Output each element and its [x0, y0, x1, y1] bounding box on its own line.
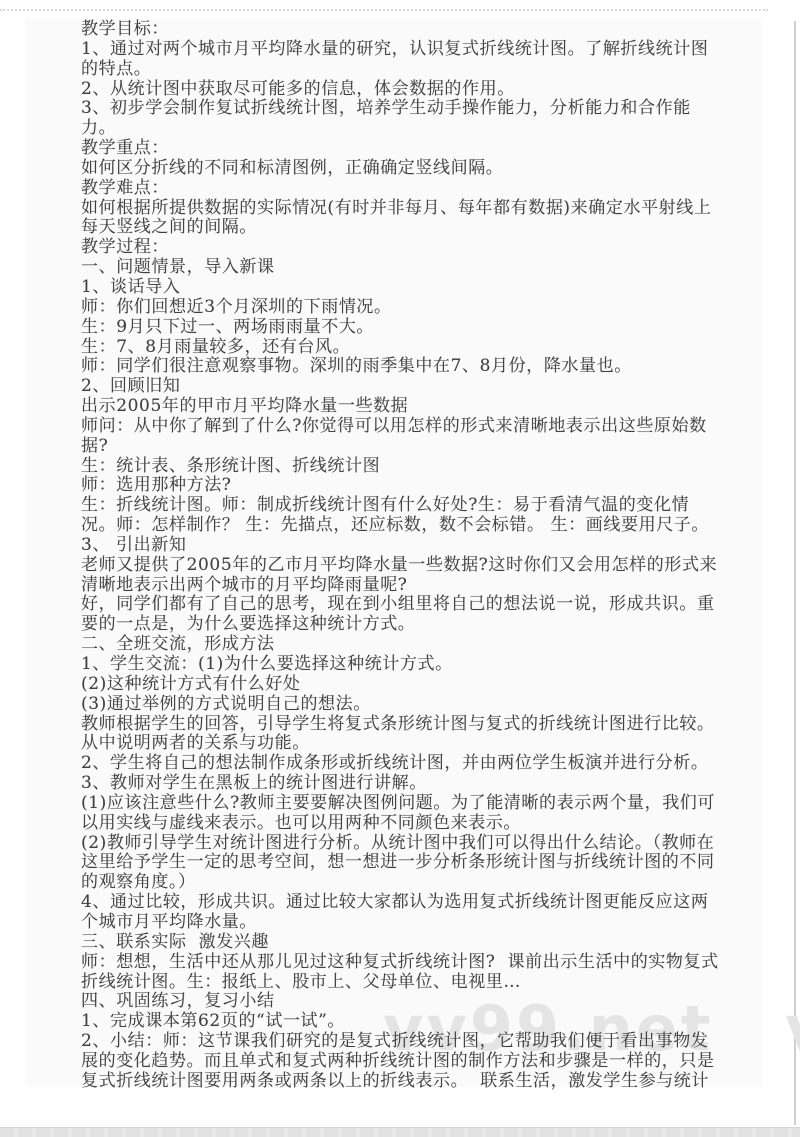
text-line: 1、学生交流：(1)为什么要选择这种统计方式。	[81, 655, 749, 675]
text-line: 2、从统计图中获取尽可能多的信息，体会数据的作用。	[81, 80, 749, 100]
text-line: 2、学生将自己的想法制作成条形或折线统计图，并由两位学生板演并进行分析。	[81, 754, 749, 774]
text-line: 生：折线统计图。师：制成折线统计图有什么好处?生：易于看清气温的变化情	[81, 496, 749, 516]
text-line: 师：同学们很注意观察事物。深圳的雨季集中在7、8月份，降水量也。	[81, 357, 749, 377]
text-line: 力。	[81, 119, 749, 139]
text-line: 1、通过对两个城市月平均降水量的研究，认识复式折线统计图。了解折线统计图	[81, 40, 749, 60]
text-line: 每天竖线之间的间隔。	[81, 218, 749, 238]
watermark-text-partial: vv99.net	[785, 998, 800, 1060]
text-line: 生：9月只下过一、两场雨雨量不大。	[81, 318, 749, 338]
text-line: 1、完成课本第62页的“试一试”。	[81, 1012, 749, 1032]
text-line: 据?	[81, 437, 749, 457]
page-right-border	[794, 21, 796, 1125]
text-line: 从中说明两者的关系与功能。	[81, 734, 749, 754]
text-line: 生：统计表、条形统计图、折线统计图	[81, 457, 749, 477]
text-line: 如何根据所提供数据的实际情况(有时并非每月、每年都有数据)来确定水平射线上	[81, 199, 749, 219]
text-line: (3)通过举例的方式说明自己的想法。	[81, 695, 749, 715]
text-line: (2)这种统计方式有什么好处	[81, 675, 749, 695]
document-viewer: vv99.net vv99.net 教学目标：1、通过对两个城市月平均降水量的研…	[0, 0, 800, 1137]
text-line: 师：选用那种方法?	[81, 476, 749, 496]
text-line: 教学重点：	[81, 139, 749, 159]
text-line: 四、巩固练习，复习小结	[81, 992, 749, 1012]
text-line: 复式折线统计图要用两条或两条以上的折线表示。 联系生活，激发学生参与统计	[81, 1072, 749, 1092]
page-top-dashed-border	[0, 9, 768, 11]
text-line: 个城市月平均降水量。	[81, 913, 749, 933]
text-line: 以用实线与虚线来表示。也可以用两种不同颜色来表示。	[81, 814, 749, 834]
text-line: 2、回顾旧知	[81, 377, 749, 397]
text-line: 好，同学们都有了自己的思考，现在到小组里将自己的想法说一说，形成共识。重	[81, 595, 749, 615]
text-line: 如何区分折线的不同和标清图例，正确确定竖线间隔。	[81, 159, 749, 179]
text-line: 展的变化趋势。而且单式和复式两种折线统计图的制作方法和步骤是一样的，只是	[81, 1052, 749, 1072]
text-line: 老师又提供了2005年的乙市月平均降水量一些数据?这时你们又会用怎样的形式来	[81, 556, 749, 576]
text-line: 3、教师对学生在黑板上的统计图进行讲解。	[81, 774, 749, 794]
text-line: 3、 引出新知	[81, 536, 749, 556]
text-line: 1、谈话导入	[81, 278, 749, 298]
text-line: (2)教师引导学生对统计图进行分析。从统计图中我们可以得出什么结论。（教师在	[81, 834, 749, 854]
text-line: 折线统计图。生：报纸上、股市上、父母单位、电视里…	[81, 973, 749, 993]
text-line: 师问：从中你了解到了什么?你觉得可以用怎样的形式来清晰地表示出这些原始数	[81, 417, 749, 437]
text-line: 清晰地表示出两个城市的月平均降雨量呢?	[81, 576, 749, 596]
text-line: 4、通过比较，形成共识。通过比较大家都认为选用复式折线统计图更能反应这两	[81, 893, 749, 913]
text-line: 一、问题情景，导入新课	[81, 258, 749, 278]
text-line: 这里给予学生一定的思考空间，想一想进一步分析条形统计图与折线统计图的不同	[81, 853, 749, 873]
text-line: 教学难点：	[81, 179, 749, 199]
text-line: 的观察角度。）	[81, 873, 749, 893]
text-line: 教学过程：	[81, 238, 749, 258]
text-line: 生：7、8月雨量较多，还有台风。	[81, 338, 749, 358]
text-line: 教学目标：	[81, 20, 749, 40]
text-line: 教师根据学生的回答，引导学生将复式条形统计图与复式的折线统计图进行比较。	[81, 715, 749, 735]
text-line: 况。师：怎样制作？ 生：先描点，还应标数，数不会标错。 生：画线要用尺子。	[81, 516, 749, 536]
text-line: 2、小结：师：这节课我们研究的是复式折线统计图，它帮助我们便于看出事物发	[81, 1032, 749, 1052]
text-line: 师：想想，生活中还从那儿见过这种复式折线统计图? 课前出示生活中的实物复式	[81, 953, 749, 973]
text-line: 师：你们回想近3个月深圳的下雨情况。	[81, 298, 749, 318]
text-line: 要的一点是，为什么要选择这种统计方式。	[81, 615, 749, 635]
text-line: 3、初步学会制作复试折线统计图，培养学生动手操作能力，分析能力和合作能	[81, 99, 749, 119]
text-line: (1)应该注意些什么?教师主要要解决图例问题。为了能清晰的表示两个量，我们可	[81, 794, 749, 814]
text-line: 二、全班交流，形成方法	[81, 635, 749, 655]
text-line: 出示2005年的甲市月平均降水量一些数据	[81, 397, 749, 417]
lesson-plan-text: 教学目标：1、通过对两个城市月平均降水量的研究，认识复式折线统计图。了解折线统计…	[81, 20, 749, 1092]
text-line: 三、联系实际 激发兴趣	[81, 933, 749, 953]
bottom-edge-band	[0, 1127, 800, 1137]
text-line: 的特点。	[81, 60, 749, 80]
